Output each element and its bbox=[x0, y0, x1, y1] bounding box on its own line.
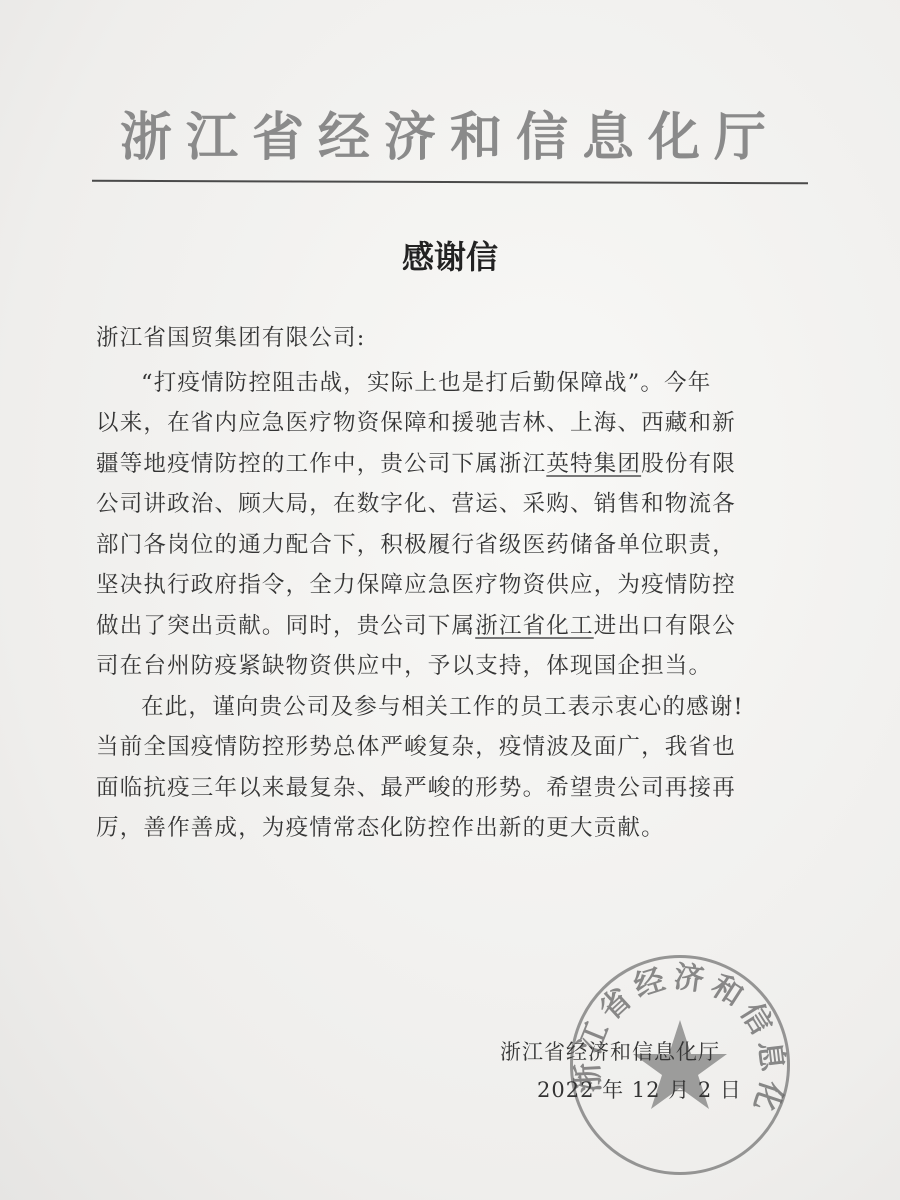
body-line: 司在台州防疫紧缺物资供应中，予以支持，体现国企担当。 bbox=[96, 646, 808, 687]
handwritten-underline: 浙江省化工 bbox=[475, 613, 594, 639]
issuer-letterhead: 浙江省经济和信息化厅 bbox=[90, 95, 810, 170]
body-line: 坚决执行政府指令，全力保障应急医疗物资供应，为疫情防控 bbox=[96, 565, 808, 606]
document-page: 浙江省经济和信息化厅 感谢信 浙江省国贸集团有限公司: “打疫情防控阻击战，实际… bbox=[0, 0, 900, 1200]
body-line: 面临抗疫三年以来最复杂、最严峻的形势。希望贵公司再接再 bbox=[96, 768, 808, 809]
letter-title: 感谢信 bbox=[0, 232, 900, 278]
body-line: “打疫情防控阻击战，实际上也是打后勤保障战”。今年 bbox=[96, 363, 808, 404]
body-line: 疆等地疫情防控的工作中，贵公司下属浙江英特集团股份有限 bbox=[96, 444, 808, 485]
signature-issuer: 浙江省经济和信息化厅 bbox=[500, 1036, 720, 1066]
letterhead-divider bbox=[92, 180, 808, 184]
letter-date: 2022 年 12 月 2 日 bbox=[537, 1074, 742, 1104]
body-line: 做出了突出贡献。同时，贵公司下属浙江省化工进出口有限公 bbox=[96, 606, 808, 647]
salutation: 浙江省国贸集团有限公司: bbox=[96, 318, 808, 359]
handwritten-underline: 英特集团 bbox=[546, 451, 641, 477]
body-line: 部门各岗位的通力配合下，积极履行省级医药储备单位职责， bbox=[96, 525, 808, 566]
body-line: 以来，在省内应急医疗物资保障和援驰吉林、上海、西藏和新 bbox=[96, 403, 808, 444]
letter-body: 浙江省国贸集团有限公司: “打疫情防控阻击战，实际上也是打后勤保障战”。今年 以… bbox=[96, 318, 808, 849]
body-line: 公司讲政治、顾大局，在数字化、营运、采购、销售和物流各 bbox=[96, 484, 808, 525]
body-line: 厉，善作善成，为疫情常态化防控作出新的更大贡献。 bbox=[96, 808, 808, 849]
body-line: 在此，谨向贵公司及参与相关工作的员工表示衷心的感谢! bbox=[96, 687, 808, 728]
body-line: 当前全国疫情防控形势总体严峻复杂，疫情波及面广，我省也 bbox=[96, 727, 808, 768]
